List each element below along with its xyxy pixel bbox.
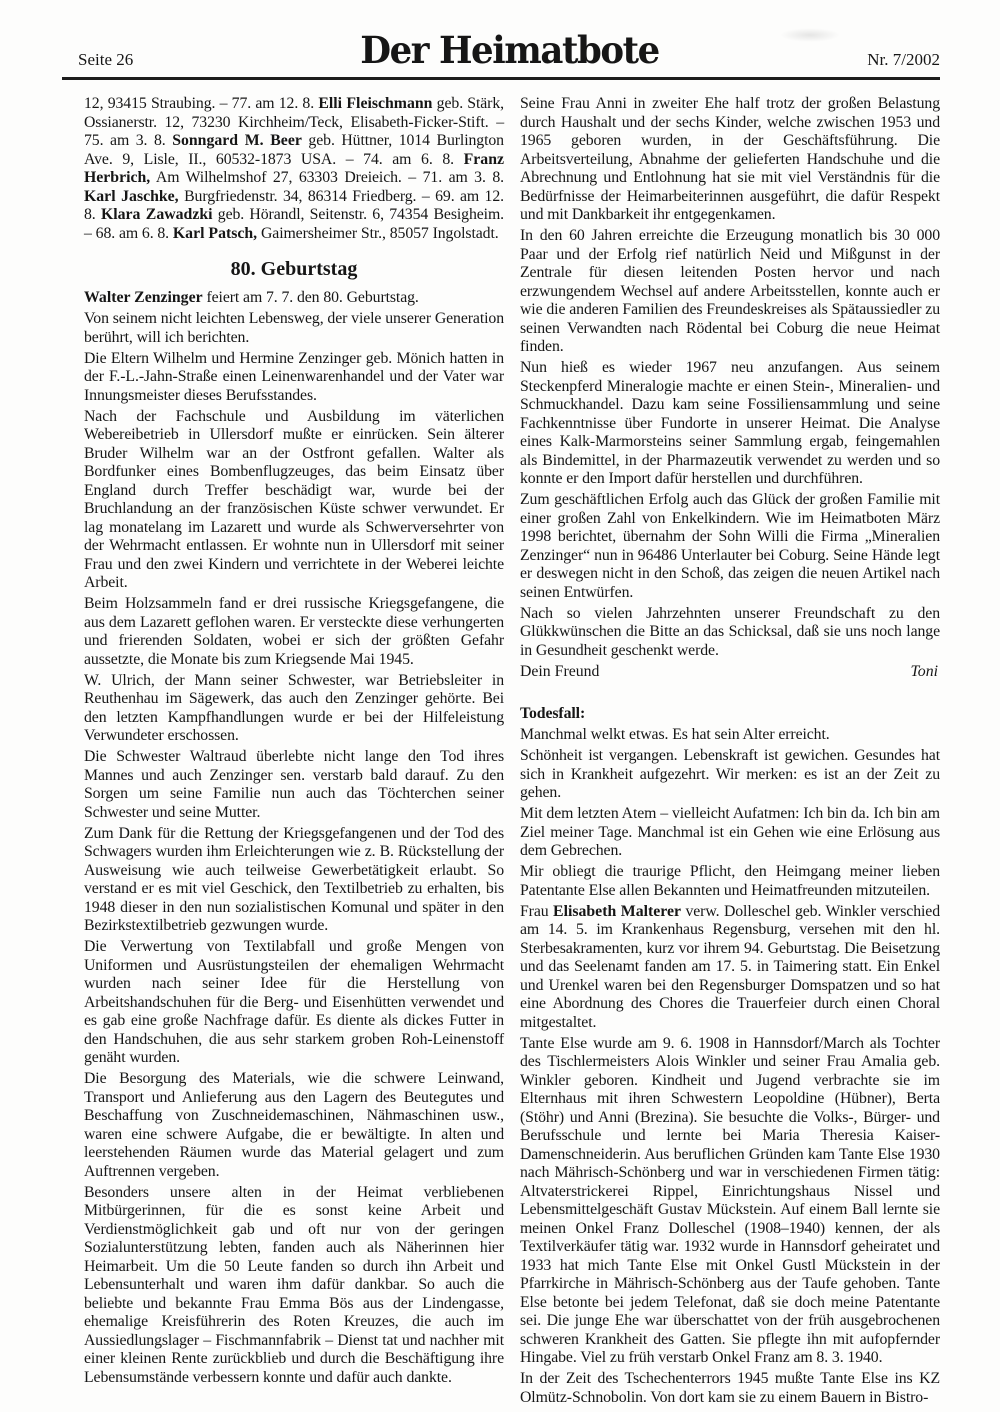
page-header: Seite 26 Der Heimatbote Nr. 7/2002 (0, 0, 1000, 74)
left-column: 12, 93415 Straubing. – 77. am 12. 8. Ell… (84, 95, 504, 1410)
article-paragraph: Tante Else wurde am 9. 6. 1908 in Hannsd… (520, 1035, 940, 1368)
article-paragraph: Nach so vielen Jahrzehnten unserer Freun… (520, 605, 940, 661)
article-paragraph: Mir obliegt die traurige Pflicht, den He… (520, 863, 940, 900)
birthday-list-continued: 12, 93415 Straubing. – 77. am 12. 8. Ell… (84, 95, 504, 243)
article-paragraph: In der Zeit des Tschechenterrors 1945 mu… (520, 1370, 940, 1407)
article-paragraph: Die Verwertung von Textilabfall und groß… (84, 938, 504, 1068)
article-paragraph: Von seinem nicht leichten Lebensweg, der… (84, 310, 504, 347)
article-paragraph: Die Schwester Waltraud überlebte nicht l… (84, 748, 504, 822)
article-paragraph: Die Besorgung des Materials, wie die sch… (84, 1070, 504, 1181)
article-paragraph: Nach der Fachschule und Ausbildung im vä… (84, 408, 504, 593)
signature-line: Dein FreundToni (520, 663, 940, 682)
page-number: Seite 26 (78, 50, 354, 70)
article-paragraph: W. Ulrich, der Mann seiner Schwester, wa… (84, 672, 504, 746)
article-paragraph: Zum geschäftlichen Erfolg auch das Glück… (520, 491, 940, 602)
article-columns: 12, 93415 Straubing. – 77. am 12. 8. Ell… (0, 80, 1000, 1410)
article-paragraph: Frau Elisabeth Malterer verw. Dolleschel… (520, 903, 940, 1033)
article-paragraph: Besonders unsere alten in der Heimat ver… (84, 1184, 504, 1388)
article-paragraph: Manchmal welkt etwas. Es hat sein Alter … (520, 726, 940, 745)
masthead-title: Der Heimatbote (360, 30, 659, 70)
heading-80-geburtstag: 80. Geburtstag (84, 258, 504, 280)
article-paragraph: Nun hieß es wieder 1967 neu anzufangen. … (520, 359, 940, 489)
heading-todesfall: Todesfall: (520, 705, 940, 724)
article-paragraph: In den 60 Jahren erreichte die Erzeugung… (520, 227, 940, 357)
signature-author-label: Dein Freund (520, 663, 599, 682)
article-paragraph: Schönheit ist vergangen. Lebenskraft ist… (520, 747, 940, 803)
article-paragraph: Seine Frau Anni in zweiter Ehe half trot… (520, 95, 940, 225)
right-column: Seine Frau Anni in zweiter Ehe half trot… (520, 95, 940, 1410)
issue-number: Nr. 7/2002 (664, 50, 940, 70)
article-paragraph: Die Eltern Wilhelm und Hermine Zenzinger… (84, 350, 504, 406)
article-paragraph: Beim Holzsammeln fand er drei russische … (84, 595, 504, 669)
signature-name: Toni (910, 663, 940, 682)
birthday-lead: Walter Zenzinger feiert am 7. 7. den 80.… (84, 289, 504, 308)
article-paragraph: Mit dem letzten Atem – vielleicht Aufatm… (520, 805, 940, 861)
newspaper-page: Seite 26 Der Heimatbote Nr. 7/2002 12, 9… (0, 0, 1000, 1412)
article-paragraph: Zum Dank für die Rettung der Kriegsgefan… (84, 825, 504, 936)
